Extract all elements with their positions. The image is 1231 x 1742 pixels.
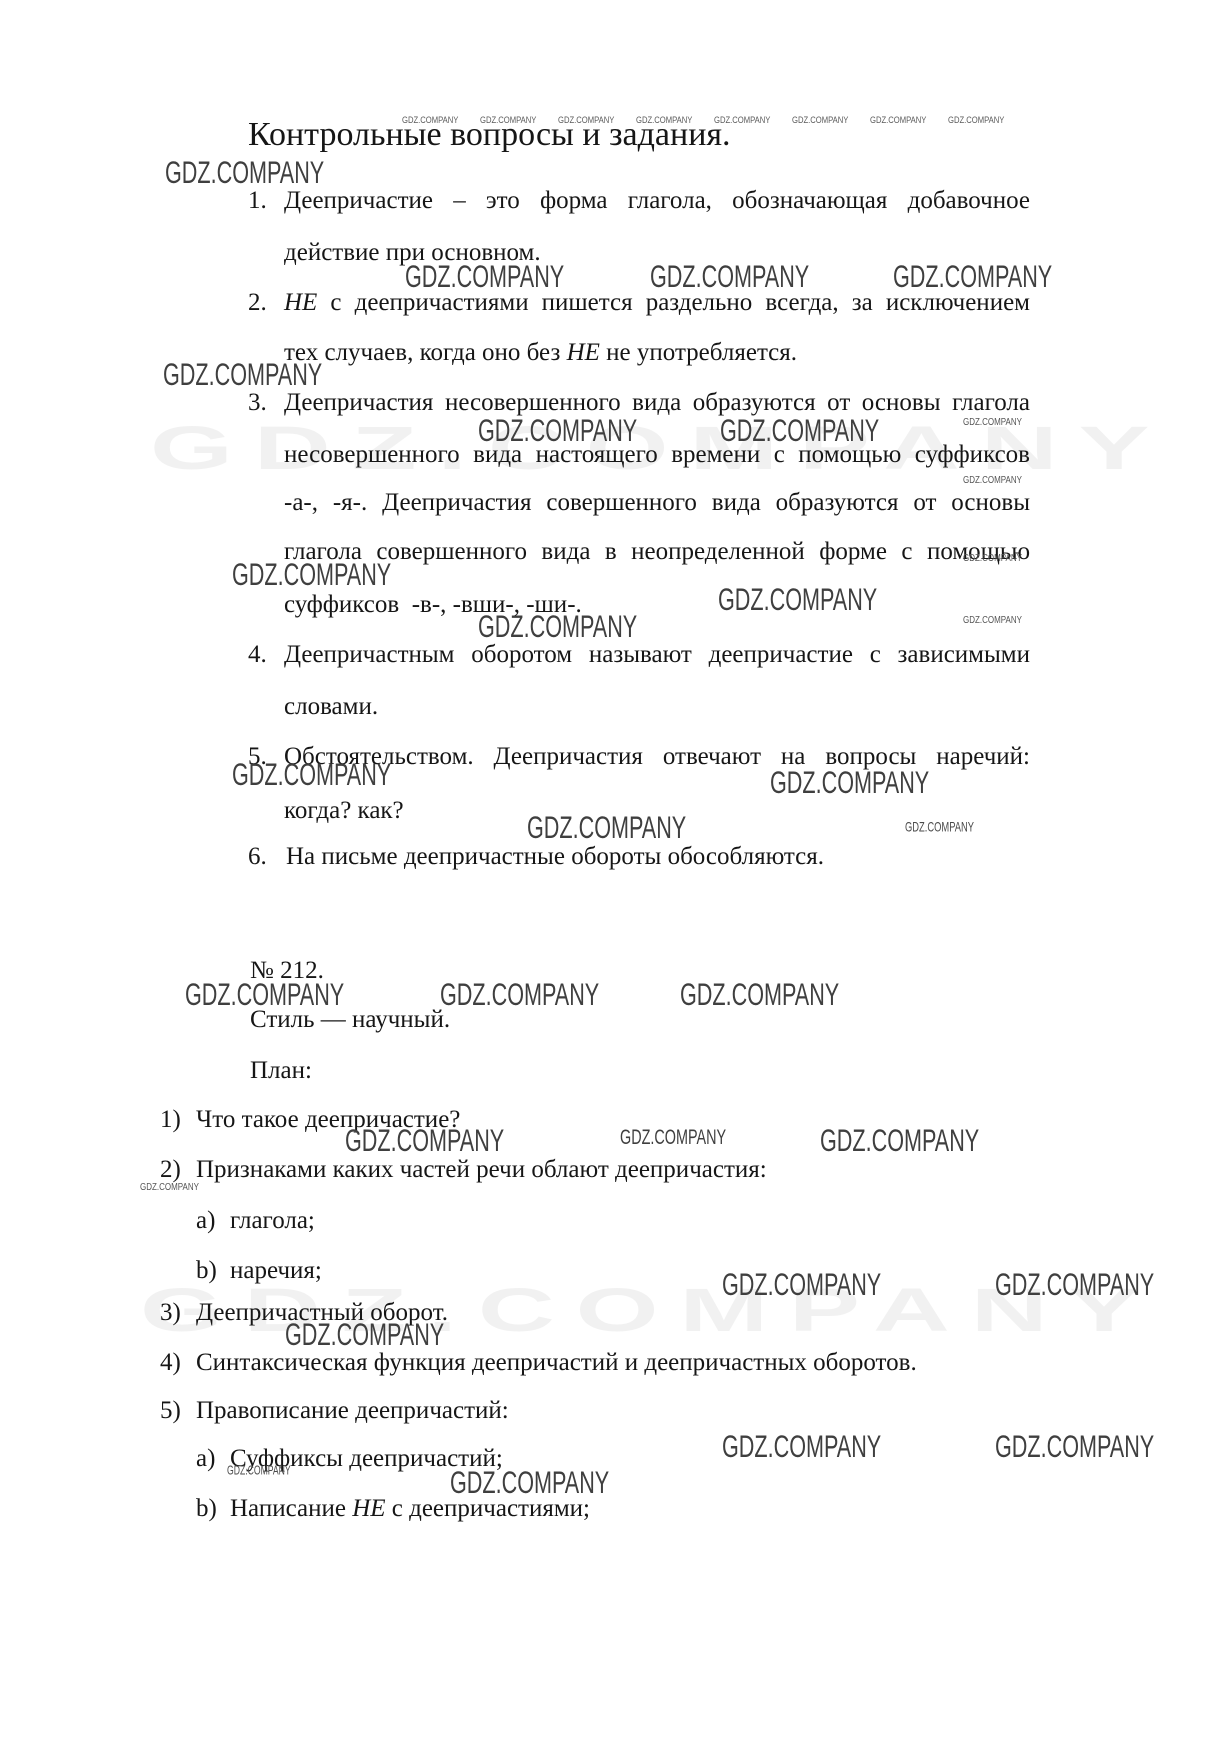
text-segment: Написание — [230, 1495, 352, 1522]
text-segment: Деепричастным оборотом называют дееприча… — [284, 641, 1030, 668]
watermark: GDZ.COMPANY — [450, 1468, 609, 1500]
text-segment: тех случаев, когда оно без — [284, 339, 567, 366]
watermark: GDZ.COMPANY — [227, 1464, 291, 1477]
watermark: GDZ.COMPANY — [480, 116, 536, 125]
watermark: GDZ.COMPANY — [402, 116, 458, 125]
list-marker: 1) — [160, 1105, 181, 1135]
list-marker: 2. — [248, 288, 267, 318]
watermark: GDZ.COMPANY — [770, 768, 929, 800]
watermark: GDZ.COMPANY — [620, 1127, 726, 1148]
list-marker: a) — [196, 1444, 215, 1474]
text-line: Признаками каких частей речи облают дееп… — [196, 1155, 767, 1185]
list-marker: 6. — [248, 842, 267, 872]
text-segment: словами. — [284, 693, 378, 720]
watermark: GDZ.COMPANY — [963, 616, 1022, 626]
watermark: GDZ.COMPANY — [963, 476, 1022, 486]
watermark: GDZ.COMPANY — [163, 360, 322, 392]
watermark: GDZ.COMPANY — [948, 116, 1004, 125]
list-marker: 4. — [248, 640, 267, 670]
watermark: GDZ.COMPANY — [345, 1126, 504, 1158]
text-segment: глагола совершенного вида в неопределенн… — [284, 538, 1030, 565]
watermark: GDZ.COMPANY — [995, 1432, 1154, 1464]
text-segment: наречия; — [230, 1257, 322, 1284]
watermark: GDZ.COMPANY — [870, 116, 926, 125]
text-line: глагола; — [230, 1206, 315, 1236]
watermark: GDZ.COMPANY — [792, 116, 848, 125]
text-line: Деепричастия несовершенного вида образую… — [284, 388, 1030, 418]
text-line: План: — [250, 1056, 312, 1086]
text-line: словами. — [284, 692, 378, 722]
text-segment: не употребляется. — [600, 339, 797, 366]
watermark: GDZ.COMPANY — [722, 1432, 881, 1464]
text-segment: План: — [250, 1057, 312, 1084]
text-segment: Деепричастия несовершенного вида образую… — [284, 389, 1030, 416]
watermark: GDZ.COMPANY — [718, 585, 877, 617]
watermark: GDZ.COMPANY — [405, 262, 564, 294]
list-marker: b) — [196, 1256, 217, 1286]
text-segment: глагола; — [230, 1207, 315, 1234]
watermark: GDZ.COMPANY — [963, 418, 1022, 428]
text-line: Правописание деепричастий: — [196, 1396, 509, 1426]
watermark: GDZ.COMPANY — [905, 820, 974, 834]
list-marker: 4) — [160, 1348, 181, 1378]
watermark: GDZ.COMPANY — [527, 813, 686, 845]
emphasis-text: НЕ — [567, 339, 600, 366]
text-line: На письме деепричастные обороты обособля… — [286, 842, 824, 872]
watermark: GDZ.COMPANY — [636, 116, 692, 125]
text-line: тех случаев, когда оно без НЕ не употреб… — [284, 338, 797, 368]
watermark: GDZ.COMPANY — [440, 980, 599, 1012]
list-marker: 3) — [160, 1298, 181, 1328]
watermark: GDZ.COMPANY — [650, 262, 809, 294]
text-segment: Деепричастие – это форма глагола, обозна… — [284, 187, 1030, 214]
text-line: Деепричастие – это форма глагола, обозна… — [284, 186, 1030, 216]
watermark: GDZ.COMPANY — [285, 1320, 444, 1352]
text-line: глагола совершенного вида в неопределенн… — [284, 537, 1030, 567]
watermark: GDZ.COMPANY — [478, 612, 637, 644]
text-segment: когда? как? — [284, 797, 404, 824]
text-segment: несовершенного вида настоящего времени с… — [284, 441, 1030, 468]
watermark: GDZ.COMPANY — [820, 1126, 979, 1158]
text-line: несовершенного вида настоящего времени с… — [284, 440, 1030, 470]
text-line: Деепричастным оборотом называют дееприча… — [284, 640, 1030, 670]
watermark: GDZ.COMPANY — [722, 1270, 881, 1302]
list-marker: 2) — [160, 1155, 181, 1185]
emphasis-text: НЕ — [352, 1495, 385, 1522]
watermark: GDZ.COMPANY — [720, 416, 879, 448]
text-segment: Признаками каких частей речи облают дееп… — [196, 1156, 767, 1183]
list-marker: b) — [196, 1494, 217, 1524]
watermark: GDZ.COMPANY — [963, 554, 1022, 564]
watermark: GDZ.COMPANY — [680, 980, 839, 1012]
emphasis-text: НЕ — [284, 289, 317, 316]
watermark: GDZ.COMPANY — [140, 1183, 199, 1193]
watermark: GDZ.COMPANY — [232, 560, 391, 592]
watermark: GDZ.COMPANY — [165, 158, 324, 190]
watermark: GDZ.COMPANY — [714, 116, 770, 125]
document-page: Контрольные вопросы и задания. GDZ.COMPA… — [0, 0, 1231, 1742]
text-segment: На письме деепричастные обороты обособля… — [286, 843, 824, 870]
watermark: GDZ.COMPANY — [893, 262, 1052, 294]
text-line: наречия; — [230, 1256, 322, 1286]
text-line: когда? как? — [284, 796, 404, 826]
text-segment: -а-, -я-. Деепричастия совершенного вида… — [284, 489, 1030, 516]
watermark: GDZ.COMPANY — [478, 416, 637, 448]
text-segment: Синтаксическая функция деепричастий и де… — [196, 1349, 917, 1376]
watermark: GDZ.COMPANY — [232, 760, 391, 792]
watermark: GDZ.COMPANY — [558, 116, 614, 125]
list-marker: 5) — [160, 1396, 181, 1426]
text-line: -а-, -я-. Деепричастия совершенного вида… — [284, 488, 1030, 518]
watermark: GDZ.COMPANY — [995, 1270, 1154, 1302]
watermark: GDZ.COMPANY — [185, 980, 344, 1012]
text-segment: Правописание деепричастий: — [196, 1397, 509, 1424]
list-marker: a) — [196, 1206, 215, 1236]
